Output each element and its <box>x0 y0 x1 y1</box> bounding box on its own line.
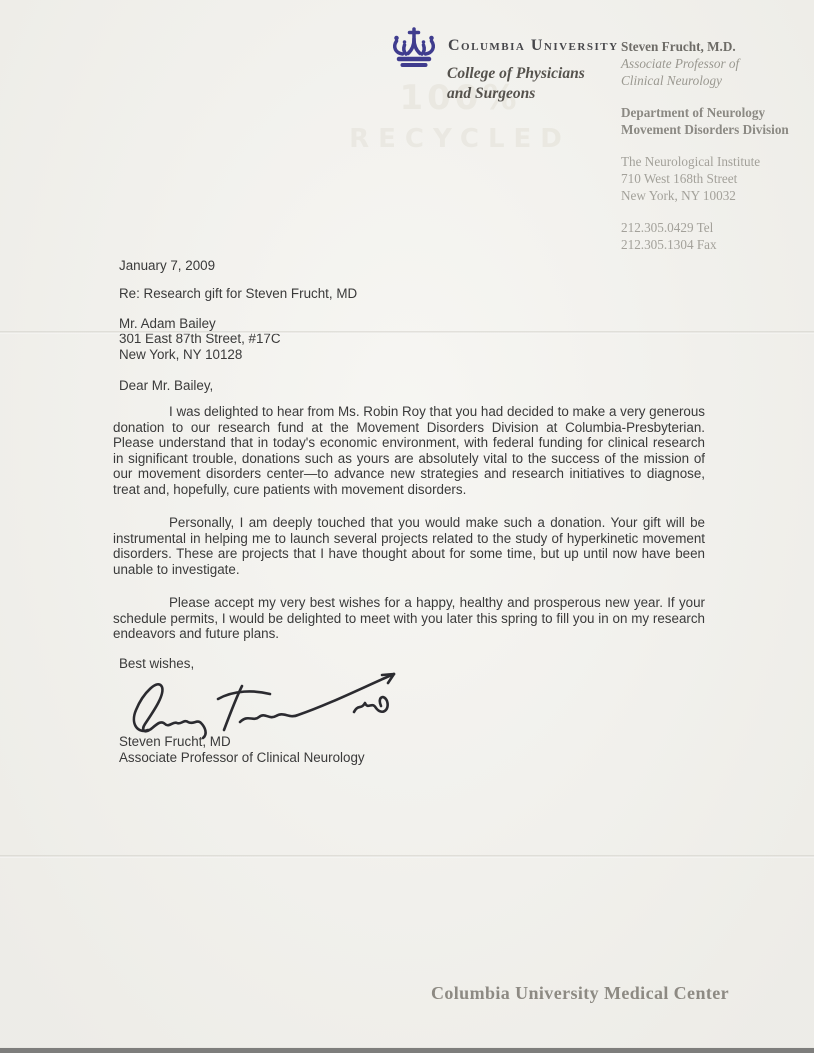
contact-fax: 212.305.1304 Fax <box>621 236 811 253</box>
signature-typed-name: Steven Frucht, MD <box>119 734 231 750</box>
body-paragraph-2: Personally, I am deeply touched that you… <box>113 515 705 577</box>
contact-address-line1: The Neurological Institute <box>621 153 811 170</box>
letter-subject: Re: Research gift for Steven Frucht, MD <box>119 286 357 302</box>
scanned-letter-page: 100% RECYCLED Columbia University Colleg… <box>0 0 814 1053</box>
letterhead-contact-block: Steven Frucht, M.D. Associate Professor … <box>621 38 811 253</box>
scan-bottom-edge <box>0 1047 814 1053</box>
handwritten-signature-image <box>118 664 418 740</box>
contact-title-line2: Clinical Neurology <box>621 72 811 89</box>
salutation: Dear Mr. Bailey, <box>119 378 213 394</box>
contact-address-line2: 710 West 168th Street <box>621 170 811 187</box>
spacer <box>621 89 811 104</box>
university-name: Columbia University <box>448 37 619 55</box>
contact-name: Steven Frucht, M.D. <box>621 38 811 55</box>
college-line1: College of Physicians <box>447 64 585 84</box>
body-paragraph-1: I was delighted to hear from Ms. Robin R… <box>113 404 705 498</box>
recipient-line3: New York, NY 10128 <box>119 347 281 362</box>
college-name: College of Physicians and Surgeons <box>447 64 585 104</box>
contact-title-line1: Associate Professor of <box>621 55 811 72</box>
recipient-line2: 301 East 87th Street, #17C <box>119 331 281 346</box>
columbia-crown-icon <box>389 26 439 74</box>
contact-dept-line2: Movement Disorders Division <box>621 121 811 138</box>
recipient-address-block: Mr. Adam Bailey 301 East 87th Street, #1… <box>119 316 281 362</box>
college-line2: and Surgeons <box>447 84 585 104</box>
paper-fold-crease <box>0 855 814 858</box>
contact-dept-line1: Department of Neurology <box>621 104 811 121</box>
spacer <box>621 204 811 219</box>
contact-tel: 212.305.0429 Tel <box>621 219 811 236</box>
recipient-line1: Mr. Adam Bailey <box>119 316 281 331</box>
letter-date: January 7, 2009 <box>119 258 215 274</box>
body-paragraph-3: Please accept my very best wishes for a … <box>113 595 705 642</box>
footer-medical-center: Columbia University Medical Center <box>380 983 780 1004</box>
spacer <box>621 138 811 153</box>
watermark-line2: RECYCLED <box>300 124 620 154</box>
signature-typed-title: Associate Professor of Clinical Neurolog… <box>119 750 365 766</box>
contact-address-line3: New York, NY 10032 <box>621 187 811 204</box>
